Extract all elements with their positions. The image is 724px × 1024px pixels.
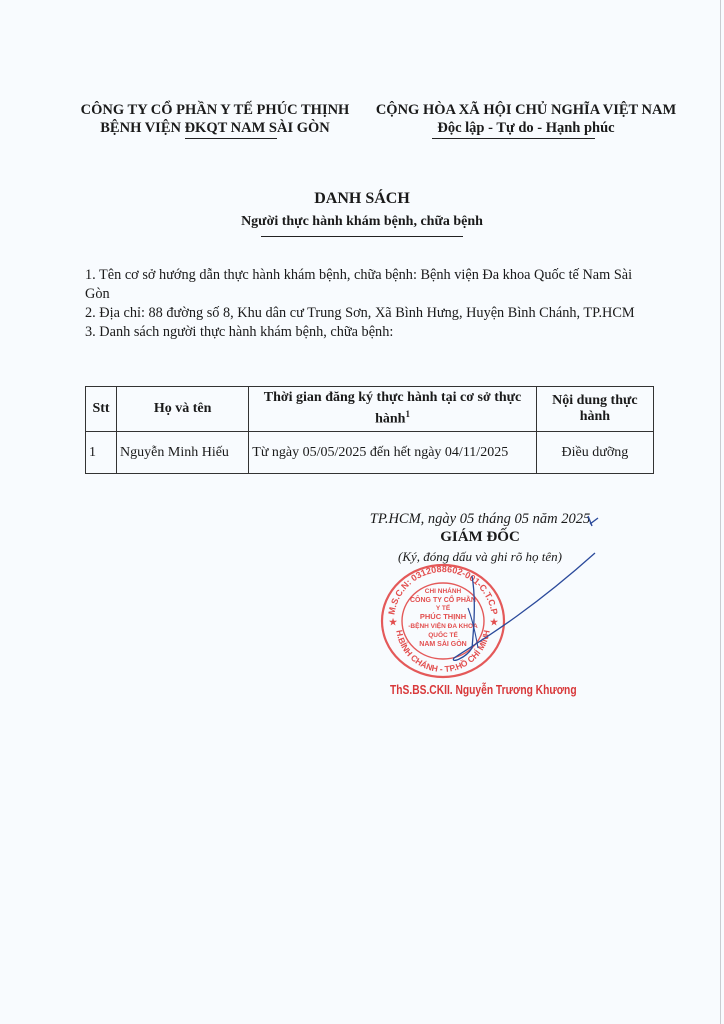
info-item-list-label: 3. Danh sách người thực hành khám bệnh, …	[85, 323, 655, 342]
company-name: CÔNG TY CỔ PHẦN Y TẾ PHÚC THỊNH	[50, 101, 380, 119]
header-left-underline	[185, 138, 277, 139]
handwritten-signature	[380, 508, 620, 688]
cell-stt: 1	[86, 432, 117, 474]
header-name: Họ và tên	[117, 387, 249, 432]
organization-header: CÔNG TY CỔ PHẦN Y TẾ PHÚC THỊNH BỆNH VIỆ…	[50, 101, 380, 139]
table-header-row: Stt Họ và tên Thời gian đăng ký thực hàn…	[86, 387, 654, 432]
cell-time: Từ ngày 05/05/2025 đến hết ngày 04/11/20…	[249, 432, 537, 474]
signer-name: ThS.BS.CKII. Nguyễn Trương Khương	[390, 683, 538, 697]
motto: Độc lập - Tự do - Hạnh phúc	[356, 119, 696, 137]
subtitle-underline	[261, 236, 463, 237]
document-subtitle: Người thực hành khám bệnh, chữa bệnh	[0, 214, 724, 230]
cell-name: Nguyễn Minh Hiếu	[117, 432, 249, 474]
table-row: 1 Nguyễn Minh Hiếu Từ ngày 05/05/2025 đế…	[86, 432, 654, 474]
national-motto-header: CỘNG HÒA XÃ HỘI CHỦ NGHĨA VIỆT NAM Độc l…	[356, 101, 696, 139]
header-time: Thời gian đăng ký thực hành tại cơ sở th…	[249, 387, 537, 432]
country-name: CỘNG HÒA XÃ HỘI CHỦ NGHĨA VIỆT NAM	[356, 101, 696, 119]
page-edge	[720, 0, 721, 1024]
document-title: DANH SÁCH	[0, 190, 724, 208]
hospital-name: BỆNH VIỆN ĐKQT NAM SÀI GÒN	[50, 119, 380, 137]
info-item-address: 2. Địa chỉ: 88 đường số 8, Khu dân cư Tr…	[85, 304, 655, 323]
header-right-underline	[432, 138, 595, 139]
practitioner-table: Stt Họ và tên Thời gian đăng ký thực hàn…	[85, 386, 654, 474]
cell-content: Điều dưỡng	[536, 432, 653, 474]
header-time-text: Thời gian đăng ký thực hành tại cơ sở th…	[264, 390, 522, 427]
info-item-facility: 1. Tên cơ sở hướng dẫn thực hành khám bệ…	[85, 266, 655, 304]
header-stt: Stt	[86, 387, 117, 432]
footnote-marker: 1	[405, 409, 410, 419]
info-items: 1. Tên cơ sở hướng dẫn thực hành khám bệ…	[85, 266, 655, 342]
header-content: Nội dung thực hành	[536, 387, 653, 432]
